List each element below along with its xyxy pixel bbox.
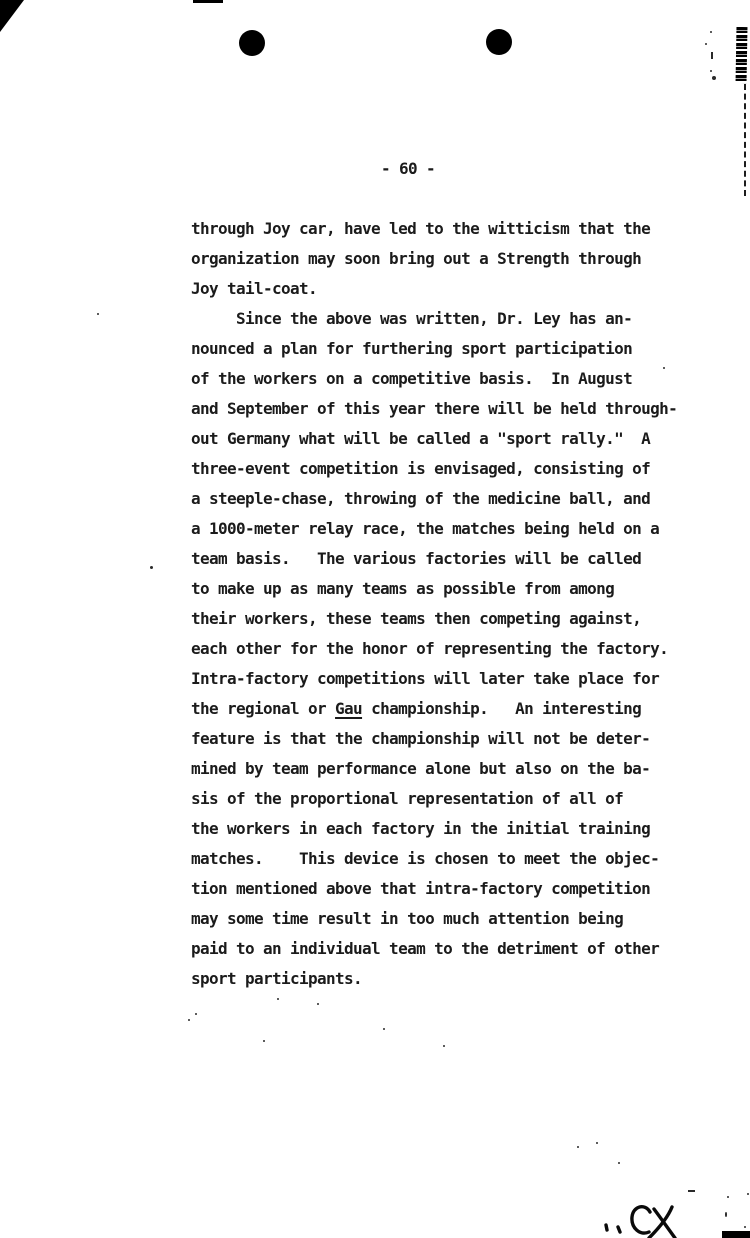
text-line: out Germany what will be called a "sport… bbox=[191, 424, 677, 454]
scan-speck bbox=[188, 1019, 190, 1021]
text-line: and September of this year there will be… bbox=[191, 394, 677, 424]
top-edge-scan-artifact bbox=[193, 0, 223, 3]
text-line: organization may soon bring out a Streng… bbox=[191, 244, 677, 274]
scan-speck bbox=[150, 566, 153, 569]
scan-speck bbox=[727, 1196, 729, 1198]
scan-speck bbox=[443, 1045, 445, 1047]
scan-speck bbox=[618, 1162, 620, 1164]
text-line: of the workers on a competitive basis. I… bbox=[191, 364, 677, 394]
text-line: each other for the honor of representing… bbox=[191, 634, 677, 664]
right-edge-fold-line-artifact bbox=[744, 84, 746, 196]
text-line: Since the above was written, Dr. Ley has… bbox=[191, 304, 677, 334]
text-line: may some time result in too much attenti… bbox=[191, 904, 677, 934]
scan-speck bbox=[383, 1028, 385, 1030]
text-line: through Joy car, have led to the wittici… bbox=[191, 214, 677, 244]
paragraph-2: Since the above was written, Dr. Ley has… bbox=[191, 304, 677, 994]
scan-speck bbox=[744, 1226, 746, 1228]
punch-hole-icon bbox=[486, 29, 512, 55]
scan-speck bbox=[277, 998, 279, 1000]
page-corner-fold-artifact bbox=[0, 0, 24, 32]
scan-speck bbox=[725, 1212, 727, 1217]
text-line: Intra-factory competitions will later ta… bbox=[191, 664, 677, 694]
page-number: - 60 - bbox=[381, 159, 435, 178]
text-line: Joy tail-coat. bbox=[191, 274, 677, 304]
text-line: a steeple-chase, throwing of the medicin… bbox=[191, 484, 677, 514]
scan-speck bbox=[663, 367, 665, 369]
scan-speck bbox=[688, 1190, 695, 1192]
scan-speck bbox=[710, 70, 712, 72]
text-line: matches. This device is chosen to meet t… bbox=[191, 844, 677, 874]
bottom-corner-scan-bar-artifact bbox=[722, 1231, 750, 1238]
scan-speck bbox=[97, 313, 99, 315]
scanned-document-screenshot: { "page": { "number_label": "- 60 -" }, … bbox=[0, 0, 750, 1238]
handwritten-mark bbox=[575, 1196, 710, 1238]
scan-speck bbox=[712, 76, 716, 80]
scan-speck bbox=[577, 1146, 579, 1148]
text-line: feature is that the championship will no… bbox=[191, 724, 677, 754]
document-page: - 60 - through Joy car, have led to the … bbox=[0, 0, 750, 1238]
text-line: paid to an individual team to the detrim… bbox=[191, 934, 677, 964]
scan-speck bbox=[596, 1142, 598, 1144]
text-line: tion mentioned above that intra-factory … bbox=[191, 874, 677, 904]
text-line: mined by team performance alone but also… bbox=[191, 754, 677, 784]
text-line: three-event competition is envisaged, co… bbox=[191, 454, 677, 484]
scan-speck bbox=[710, 31, 712, 33]
scan-speck bbox=[195, 1013, 197, 1015]
scan-speck bbox=[705, 43, 707, 45]
text-line: their workers, these teams then competin… bbox=[191, 604, 677, 634]
text-line: team basis. The various factories will b… bbox=[191, 544, 677, 574]
right-edge-smudge-artifact bbox=[736, 27, 748, 83]
document-body: through Joy car, have led to the wittici… bbox=[191, 214, 677, 994]
paragraph-1: through Joy car, have led to the wittici… bbox=[191, 214, 677, 304]
text-line: the workers in each factory in the initi… bbox=[191, 814, 677, 844]
text-line: a 1000-meter relay race, the matches bei… bbox=[191, 514, 677, 544]
text-line: the regional or Gau championship. An int… bbox=[191, 694, 677, 724]
scan-speck bbox=[747, 1193, 749, 1195]
text-line: sis of the proportional representation o… bbox=[191, 784, 677, 814]
text-line: sport participants. bbox=[191, 964, 677, 994]
text-line: to make up as many teams as possible fro… bbox=[191, 574, 677, 604]
scan-speck bbox=[317, 1003, 319, 1005]
scan-speck bbox=[263, 1040, 265, 1042]
text-line: nounced a plan for furthering sport part… bbox=[191, 334, 677, 364]
scan-speck bbox=[711, 52, 713, 59]
punch-hole-icon bbox=[239, 30, 265, 56]
